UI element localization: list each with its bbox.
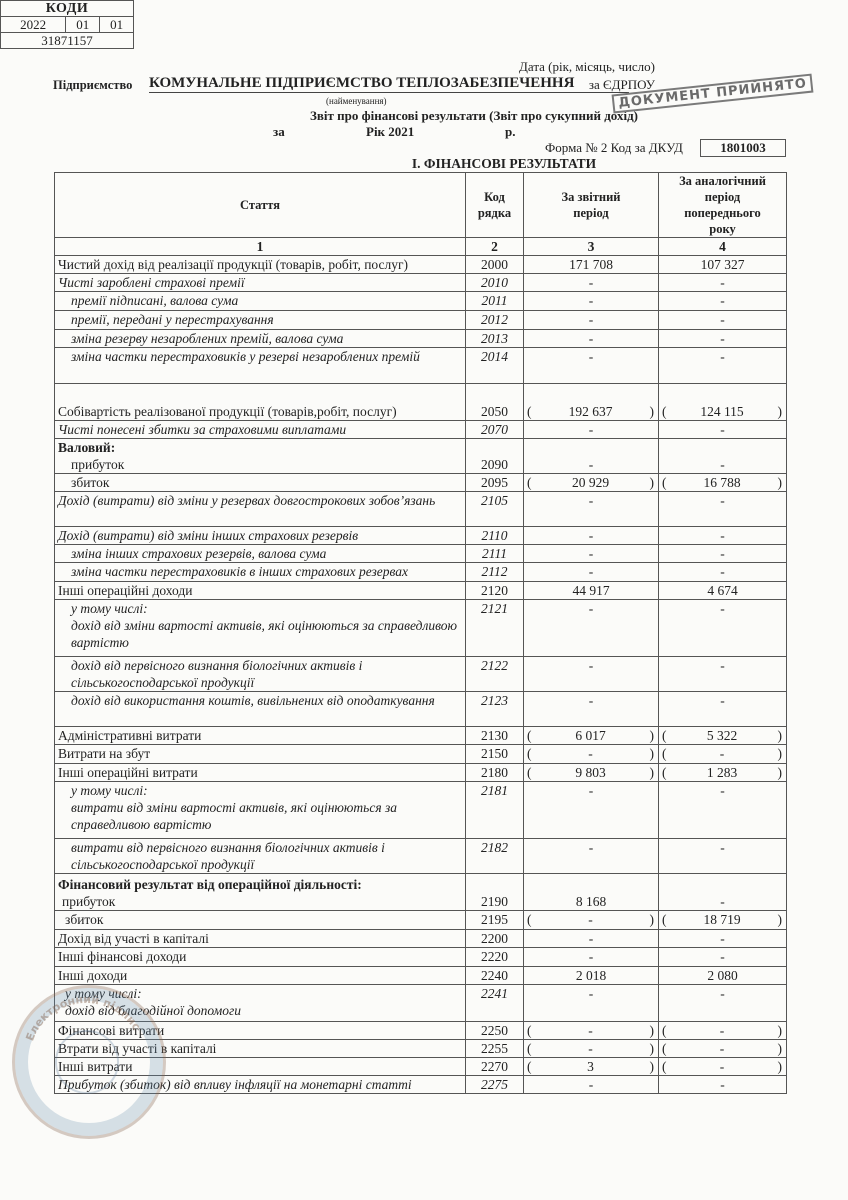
table-row: Чисті понесені збитки за страховими випл… (55, 421, 787, 439)
table-row: Інші витрати2270(3)(-) (55, 1058, 787, 1076)
row-previous-value: - (659, 563, 787, 582)
row-code: 2250 (466, 1022, 524, 1040)
row-code: 2195 (466, 911, 524, 930)
row-current-value: - (524, 692, 659, 727)
row-current-value: - (524, 492, 659, 527)
row-current-value: - (524, 985, 659, 1022)
row-current-value: (-) (524, 1040, 659, 1058)
row-code: 2014 (466, 348, 524, 384)
row-code: 2050 (466, 384, 524, 421)
enterprise-label: Підприємство (53, 78, 132, 93)
row-previous-value: - (659, 874, 787, 911)
row-current-value: (9 803) (524, 764, 659, 782)
row-current-value: - (524, 545, 659, 563)
enterprise-caption: (найменування) (326, 96, 387, 106)
row-previous-value: - (659, 311, 787, 330)
row-article: Валовий:прибуток (55, 439, 466, 474)
row-current-value: 44 917 (524, 582, 659, 600)
row-article: Інші операційні витрати (55, 764, 466, 782)
row-article: Прибуток (збиток) від впливу інфляції на… (55, 1076, 466, 1094)
row-current-value: (-) (524, 745, 659, 764)
dkud-code: 1801003 (700, 139, 786, 157)
row-article: у тому числі:дохід від благодійної допом… (55, 985, 466, 1022)
row-article: Інші фінансові доходи (55, 948, 466, 967)
row-previous-value: 107 327 (659, 256, 787, 274)
colnum-1: 1 (55, 238, 466, 256)
financial-results-table: Стаття Код рядка За звітний період За ан… (54, 172, 787, 1094)
row-code: 2010 (466, 274, 524, 292)
table-row: премії, передані у перестрахування2012-- (55, 311, 787, 330)
row-code: 2095 (466, 474, 524, 492)
row-article: Інші витрати (55, 1058, 466, 1076)
codes-box: КОДИ 2022 01 01 31871157 (0, 0, 134, 49)
row-previous-value: (1 283) (659, 764, 787, 782)
row-previous-value: (124 115) (659, 384, 787, 421)
row-code: 2200 (466, 930, 524, 948)
table-row: збиток2195(-)(18 719) (55, 911, 787, 930)
table-row: Дохід (витрати) від зміни інших страхови… (55, 527, 787, 545)
row-previous-value: - (659, 782, 787, 839)
row-previous-value: - (659, 600, 787, 657)
row-article: Чисті зароблені страхові премії (55, 274, 466, 292)
row-current-value: - (524, 311, 659, 330)
row-previous-value: - (659, 657, 787, 692)
row-code: 2270 (466, 1058, 524, 1076)
colnum-2: 2 (466, 238, 524, 256)
row-previous-value: - (659, 948, 787, 967)
row-article: витрати від первісного визнання біологіч… (55, 839, 466, 874)
row-article: збиток (55, 911, 466, 930)
report-period: Рік 2021 (366, 124, 414, 140)
row-article: Чистий дохід від реалізації продукції (т… (55, 256, 466, 274)
row-code: 2240 (466, 967, 524, 985)
row-previous-value: - (659, 692, 787, 727)
row-article: зміна резерву незароблених премій, валов… (55, 330, 466, 348)
table-row: Інші доходи22402 0182 080 (55, 967, 787, 985)
table-row: зміна частки перестраховиків у резерві н… (55, 348, 787, 384)
table-row: Інші операційні витрати2180(9 803)(1 283… (55, 764, 787, 782)
row-current-value: - (524, 600, 659, 657)
row-article: зміна інших страхових резервів, валова с… (55, 545, 466, 563)
row-current-value: - (524, 292, 659, 311)
codes-header: КОДИ (1, 1, 134, 17)
row-current-value: (6 017) (524, 727, 659, 745)
row-code: 2111 (466, 545, 524, 563)
table-row: Собівартість реалізованої продукції (тов… (55, 384, 787, 421)
table-row: премії підписані, валова сума2011-- (55, 292, 787, 311)
row-article: премії, передані у перестрахування (55, 311, 466, 330)
row-previous-value: - (659, 348, 787, 384)
table-row: у тому числі:витрати від зміни вартості … (55, 782, 787, 839)
colnum-3: 3 (524, 238, 659, 256)
row-code: 2190 (466, 874, 524, 911)
row-current-value: - (524, 930, 659, 948)
row-previous-value: - (659, 545, 787, 563)
row-current-value: 171 708 (524, 256, 659, 274)
table-row: Витрати на збут2150(-)(-) (55, 745, 787, 764)
header-previous: За аналогічний період попереднього року (659, 173, 787, 238)
row-code: 2105 (466, 492, 524, 527)
row-code: 2255 (466, 1040, 524, 1058)
row-code: 2182 (466, 839, 524, 874)
header-current: За звітний період (524, 173, 659, 238)
row-article: Фінансовий результат від операційної дія… (55, 874, 466, 911)
row-code: 2122 (466, 657, 524, 692)
table-row: Втрати від участі в капіталі2255(-)(-) (55, 1040, 787, 1058)
row-article: Чисті понесені збитки за страховими випл… (55, 421, 466, 439)
table-row: витрати від первісного визнання біологіч… (55, 839, 787, 874)
row-previous-value: (18 719) (659, 911, 787, 930)
table-row: у тому числі:дохід від зміни вартості ак… (55, 600, 787, 657)
row-current-value: (-) (524, 911, 659, 930)
row-current-value: 8 168 (524, 874, 659, 911)
row-code: 2275 (466, 1076, 524, 1094)
date-month: 01 (66, 17, 100, 33)
row-current-value: - (524, 657, 659, 692)
row-previous-value: - (659, 930, 787, 948)
row-current-value: - (524, 439, 659, 474)
period-for-label: за (273, 124, 285, 140)
row-previous-value: - (659, 839, 787, 874)
row-current-value: (-) (524, 1022, 659, 1040)
section-title: І. ФІНАНСОВІ РЕЗУЛЬТАТИ (0, 156, 848, 172)
row-previous-value: - (659, 1076, 787, 1094)
row-code: 2180 (466, 764, 524, 782)
table-row: Чистий дохід від реалізації продукції (т… (55, 256, 787, 274)
date-day: 01 (100, 17, 134, 33)
table-row: зміна частки перестраховиків в інших стр… (55, 563, 787, 582)
row-code: 2241 (466, 985, 524, 1022)
row-previous-value: - (659, 439, 787, 474)
row-article: Адміністративні витрати (55, 727, 466, 745)
row-code: 2013 (466, 330, 524, 348)
date-year: 2022 (1, 17, 66, 33)
colnum-4: 4 (659, 238, 787, 256)
row-article: у тому числі:витрати від зміни вартості … (55, 782, 466, 839)
row-article: зміна частки перестраховиків в інших стр… (55, 563, 466, 582)
row-code: 2070 (466, 421, 524, 439)
row-article: Собівартість реалізованої продукції (тов… (55, 384, 466, 421)
row-current-value: (192 637) (524, 384, 659, 421)
table-row: Фінансовий результат від операційної дія… (55, 874, 787, 911)
table-row: збиток2095(20 929)(16 788) (55, 474, 787, 492)
row-current-value: - (524, 348, 659, 384)
row-code: 2011 (466, 292, 524, 311)
table-row: зміна інших страхових резервів, валова с… (55, 545, 787, 563)
row-article: Інші операційні доходи (55, 582, 466, 600)
table-row: Дохід від участі в капіталі2200-- (55, 930, 787, 948)
row-article: Дохід (витрати) від зміни у резервах дов… (55, 492, 466, 527)
row-previous-value: 4 674 (659, 582, 787, 600)
row-previous-value: - (659, 985, 787, 1022)
row-article: Дохід від участі в капіталі (55, 930, 466, 948)
row-article: премії підписані, валова сума (55, 292, 466, 311)
row-previous-value: 2 080 (659, 967, 787, 985)
row-previous-value: (16 788) (659, 474, 787, 492)
row-code: 2220 (466, 948, 524, 967)
edrpou-code: 31871157 (1, 33, 134, 49)
row-article: дохід від використання коштів, вивільнен… (55, 692, 466, 727)
row-current-value: - (524, 1076, 659, 1094)
row-previous-value: - (659, 527, 787, 545)
form-label: Форма № 2 Код за ДКУД (545, 140, 683, 156)
table-row: Чисті зароблені страхові премії2010-- (55, 274, 787, 292)
report-title: Звіт про фінансові результати (Звіт про … (0, 108, 848, 124)
header-code: Код рядка (466, 173, 524, 238)
row-current-value: - (524, 948, 659, 967)
row-current-value: - (524, 274, 659, 292)
row-article: Втрати від участі в капіталі (55, 1040, 466, 1058)
table-row: зміна резерву незароблених премій, валов… (55, 330, 787, 348)
table-row: Дохід (витрати) від зміни у резервах дов… (55, 492, 787, 527)
row-article: Дохід (витрати) від зміни інших страхови… (55, 527, 466, 545)
row-code: 2123 (466, 692, 524, 727)
row-previous-value: - (659, 292, 787, 311)
row-current-value: - (524, 839, 659, 874)
date-label: Дата (рік, місяць, число) (519, 59, 655, 75)
row-code: 2012 (466, 311, 524, 330)
row-code: 2130 (466, 727, 524, 745)
row-current-value: - (524, 527, 659, 545)
row-current-value: - (524, 563, 659, 582)
row-code: 2110 (466, 527, 524, 545)
table-row: у тому числі:дохід від благодійної допом… (55, 985, 787, 1022)
row-current-value: 2 018 (524, 967, 659, 985)
row-previous-value: (5 322) (659, 727, 787, 745)
row-previous-value: (-) (659, 745, 787, 764)
row-article: зміна частки перестраховиків у резерві н… (55, 348, 466, 384)
row-code: 2120 (466, 582, 524, 600)
row-previous-value: - (659, 492, 787, 527)
header-article: Стаття (55, 173, 466, 238)
enterprise-name: КОМУНАЛЬНЕ ПІДПРИЄМСТВО ТЕПЛОЗАБЕЗПЕЧЕНН… (149, 75, 629, 93)
row-code: 2181 (466, 782, 524, 839)
row-previous-value: (-) (659, 1022, 787, 1040)
table-row: Прибуток (збиток) від впливу інфляції на… (55, 1076, 787, 1094)
row-current-value: (3) (524, 1058, 659, 1076)
row-previous-value: - (659, 330, 787, 348)
row-current-value: - (524, 782, 659, 839)
row-code: 2150 (466, 745, 524, 764)
row-article: збиток (55, 474, 466, 492)
row-previous-value: - (659, 421, 787, 439)
row-code: 2121 (466, 600, 524, 657)
table-row: Адміністративні витрати2130(6 017)(5 322… (55, 727, 787, 745)
row-code: 2000 (466, 256, 524, 274)
row-article: Інші доходи (55, 967, 466, 985)
row-previous-value: (-) (659, 1058, 787, 1076)
row-previous-value: (-) (659, 1040, 787, 1058)
row-article: Фінансові витрати (55, 1022, 466, 1040)
table-row: Інші фінансові доходи2220-- (55, 948, 787, 967)
row-current-value: - (524, 330, 659, 348)
row-current-value: - (524, 421, 659, 439)
row-code: 2090 (466, 439, 524, 474)
row-article: Витрати на збут (55, 745, 466, 764)
table-row: дохід від первісного визнання біологічни… (55, 657, 787, 692)
table-row: Фінансові витрати2250(-)(-) (55, 1022, 787, 1040)
row-article: дохід від первісного визнання біологічни… (55, 657, 466, 692)
table-row: Інші операційні доходи212044 9174 674 (55, 582, 787, 600)
table-row: Валовий:прибуток2090-- (55, 439, 787, 474)
year-suffix: р. (505, 124, 515, 140)
table-row: дохід від використання коштів, вивільнен… (55, 692, 787, 727)
row-article: у тому числі:дохід від зміни вартості ак… (55, 600, 466, 657)
row-code: 2112 (466, 563, 524, 582)
row-previous-value: - (659, 274, 787, 292)
row-current-value: (20 929) (524, 474, 659, 492)
